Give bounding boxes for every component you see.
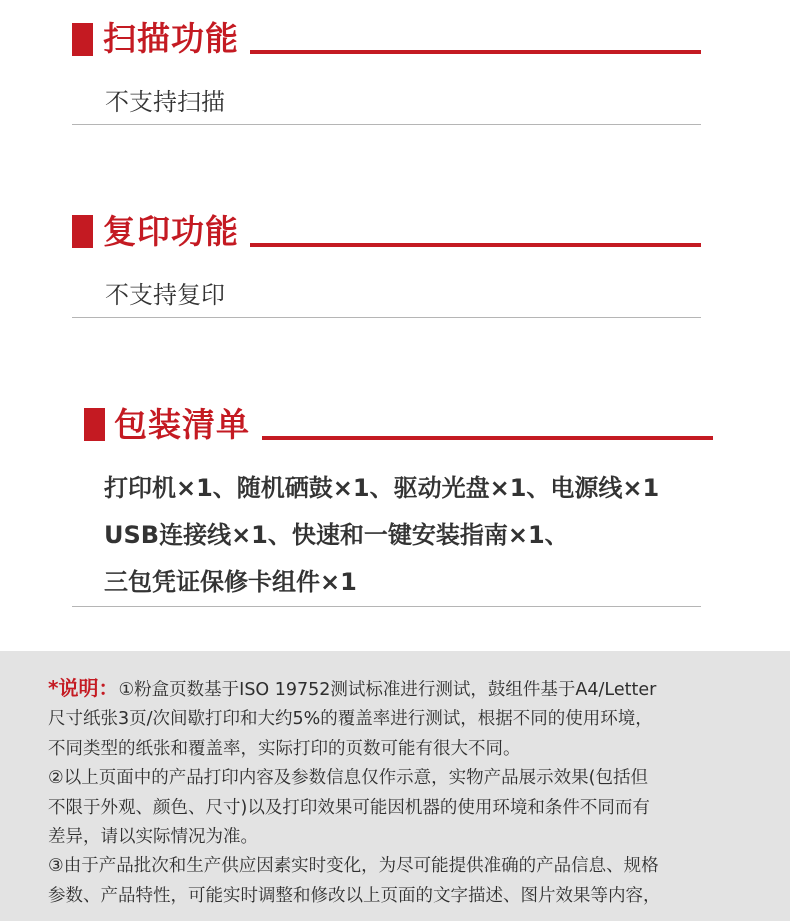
section-divider — [72, 606, 701, 607]
section-body-text: 不支持扫描 — [105, 78, 225, 126]
disclaimer-line: 不限于外观、颜色、尺寸)以及打印效果可能因机器的使用环境和条件不同而有 — [48, 794, 748, 823]
section-body-text: 不支持复印 — [105, 271, 225, 319]
section-title: 扫描功能 — [103, 19, 239, 59]
section-title-rule — [262, 436, 713, 440]
disclaimer-line: 差异，请以实际情况为准。 — [48, 823, 748, 852]
disclaimer-line: 不同类型的纸张和覆盖率，实际打印的页数可能有很大不同。 — [48, 735, 748, 764]
package-item-line: 三包凭证保修卡组件×1 — [104, 558, 357, 606]
disclaimer-line: ②以上页面中的产品打印内容及参数信息仅作示意，实物产品展示效果(包括但 — [48, 764, 748, 793]
disclaimer-text: *说明：①粉盒页数基于ISO 19752测试标准进行测试，鼓组件基于A4/Let… — [48, 674, 748, 911]
section-marker-icon — [84, 408, 105, 441]
disclaimer-line-text: ①粉盒页数基于ISO 19752测试标准进行测试，鼓组件基于A4/Letter — [118, 680, 656, 700]
disclaimer-line: ③由于产品批次和生产供应因素实时变化，为尽可能提供准确的产品信息、规格 — [48, 852, 748, 881]
disclaimer-line: 参数、产品特性，可能实时调整和修改以上页面的文字描述、图片效果等内容， — [48, 882, 748, 911]
disclaimer-panel: *说明：①粉盒页数基于ISO 19752测试标准进行测试，鼓组件基于A4/Let… — [0, 651, 790, 921]
section-title: 复印功能 — [103, 212, 239, 252]
section-divider — [72, 124, 701, 125]
section-title-rule — [250, 243, 701, 247]
section-marker-icon — [72, 215, 93, 248]
section-divider — [72, 317, 701, 318]
disclaimer-line: *说明：①粉盒页数基于ISO 19752测试标准进行测试，鼓组件基于A4/Let… — [48, 674, 748, 705]
section-marker-icon — [72, 23, 93, 56]
section-title-rule — [250, 50, 701, 54]
disclaimer-line: 尺寸纸张3页/次间歇打印和大约5%的覆盖率进行测试，根据不同的使用环境， — [48, 705, 748, 734]
package-item-line: 打印机×1、随机硒鼓×1、驱动光盘×1、电源线×1 — [104, 464, 659, 512]
section-title: 包装清单 — [114, 405, 250, 445]
disclaimer-label: *说明： — [48, 676, 118, 700]
package-item-line: USB连接线×1、快速和一键安装指南×1、 — [104, 511, 569, 559]
